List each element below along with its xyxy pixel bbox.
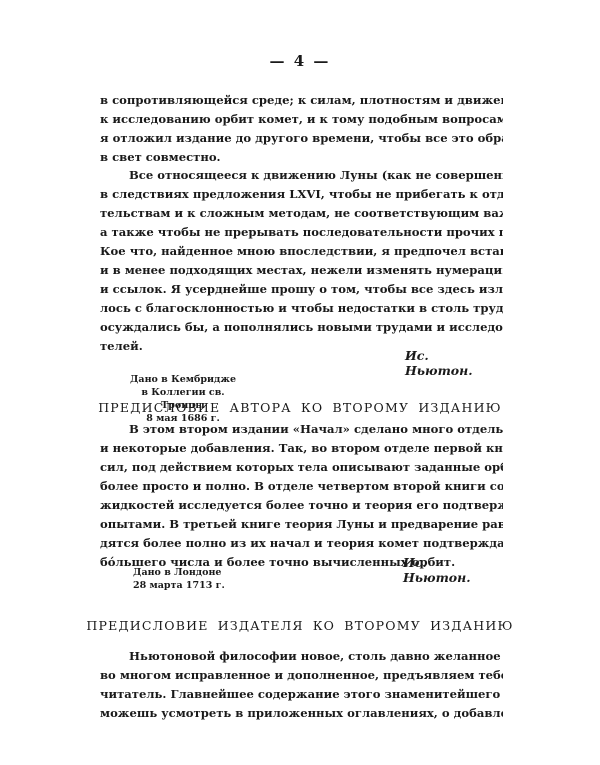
given-line: 28 марта 1713 г.: [133, 579, 273, 592]
text-line: к исследованию орбит комет, и к тому под…: [100, 110, 503, 128]
page-number: — 4 —: [0, 52, 600, 70]
signature: Ис. Ньютон.: [405, 348, 450, 378]
text-line: и ссылок. Я усерднейше прошу о том, чтоб…: [100, 280, 503, 298]
given-place-date: Дано в Кембридже в Коллегии св. Троицы 8…: [128, 373, 238, 425]
text-line: Ньютоновой философии новое, столь давно …: [129, 647, 503, 665]
document-page: — 4 — в сопротивляющейся среде; к силам,…: [0, 0, 600, 765]
given-place-date: Дано в Лондоне 28 марта 1713 г.: [133, 566, 273, 592]
given-line: Дано в Кембридже: [128, 373, 238, 386]
text-line: опытами. В третьей книге теория Луны и п…: [100, 515, 503, 533]
text-line: можешь усмотреть в приложенных оглавлени…: [100, 704, 503, 722]
text-line: а также чтобы не прерывать последователь…: [100, 223, 503, 241]
text-line: Кое что, найденное мною впоследствии, я …: [100, 242, 503, 260]
text-line: Все относящееся к движению Луны (как не …: [129, 166, 503, 184]
text-line: и некоторые добавления. Так, во втором о…: [100, 439, 503, 457]
text-line: тельствам и к сложным методам, не соотве…: [100, 204, 503, 222]
signature: Ис. Ньютон.: [403, 555, 450, 585]
text-line: В этом втором издании «Начал» сделано мн…: [129, 420, 503, 438]
text-line: в сопротивляющейся среде; к силам, плотн…: [100, 91, 503, 109]
text-line: жидкостей исследуется более точно и теор…: [100, 496, 503, 514]
text-line: более просто и полно. В отделе четвертом…: [100, 477, 503, 495]
section-heading: ПРЕДИСЛОВИЕ АВТОРА КО ВТОРОМУ ИЗДАНИЮ: [0, 400, 600, 415]
text-line: в свет совместно.: [100, 148, 503, 166]
text-line: лось с благосклонностью и чтобы недостат…: [100, 299, 503, 317]
text-line: сил, под действием которых тела описываю…: [100, 458, 503, 476]
text-line: дятся более полно из их начал и теория к…: [100, 534, 503, 552]
text-line: читатель. Главнейшее содержание этого зн…: [100, 685, 503, 703]
text-line: осуждались бы, а пополнялись новыми труд…: [100, 318, 503, 336]
text-line: я отложил издание до другого времени, чт…: [100, 129, 503, 147]
text-line: и в менее подходящих местах, нежели изме…: [100, 261, 503, 279]
given-line: Дано в Лондоне: [133, 566, 273, 579]
text-line: во многом исправленное и дополненное, пр…: [100, 666, 503, 684]
section-heading: ПРЕДИСЛОВИЕ ИЗДАТЕЛЯ КО ВТОРОМУ ИЗДАНИЮ: [0, 618, 600, 633]
text-line: в следствиях предложения LXVI, чтобы не …: [100, 185, 503, 203]
